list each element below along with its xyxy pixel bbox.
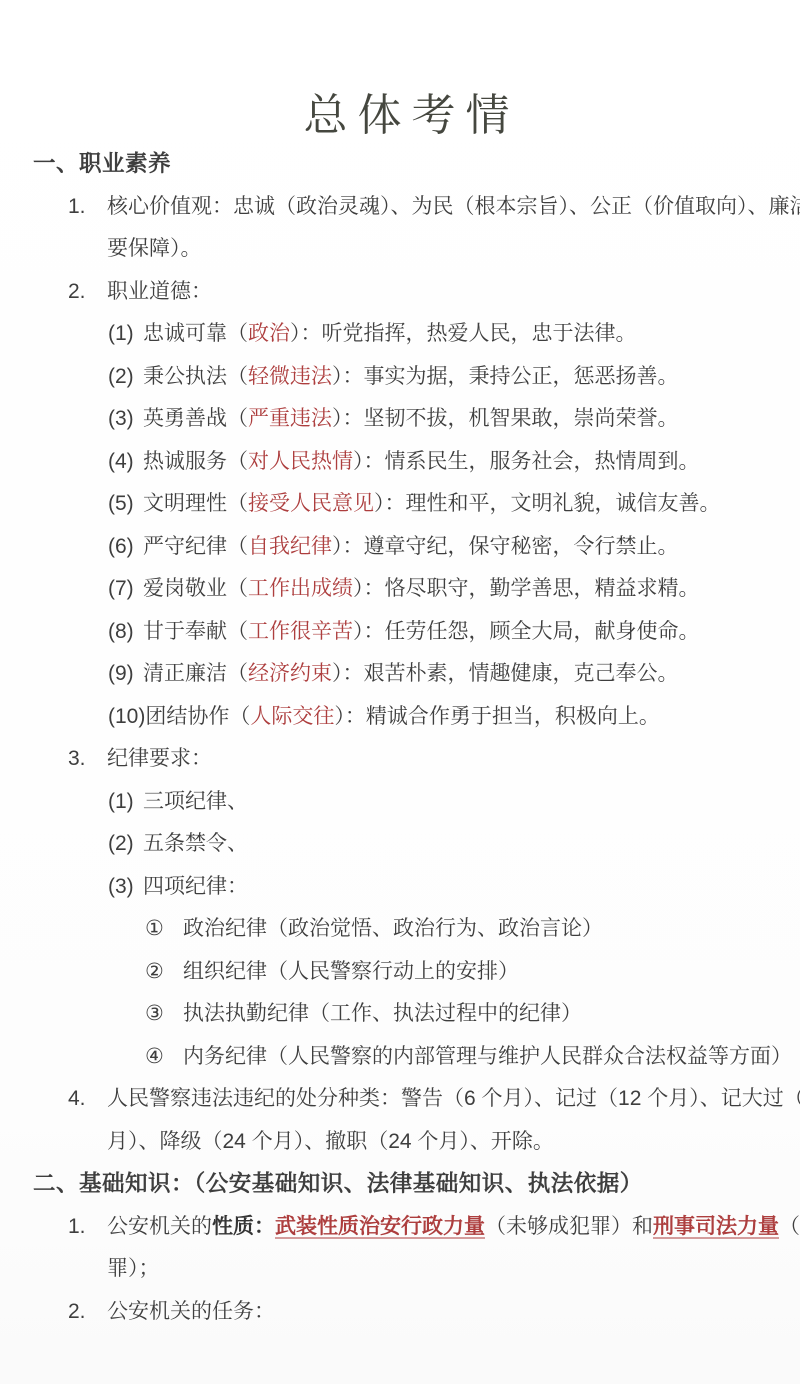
item-marker: (1) <box>108 313 143 356</box>
text-segment: ）：遵章守纪，保守秘密，令行禁止。 <box>332 535 679 558</box>
item-marker: 3. <box>68 738 107 781</box>
item-marker: (2) <box>108 356 143 399</box>
list-item: 1.核心价值观：忠诚（政治灵魂）、为民（根本宗旨）、公正（价值取向）、廉洁（重 <box>33 186 780 229</box>
item-marker: 1. <box>68 186 107 229</box>
item-marker: (4) <box>108 441 143 484</box>
text-segment: ）：坚韧不拔，机智果敢，崇尚荣誉。 <box>332 407 679 430</box>
text-segment: 秉公执法（ <box>143 365 248 388</box>
document-page: 总体考情 一、职业素养1.核心价值观：忠诚（政治灵魂）、为民（根本宗旨）、公正（… <box>0 0 800 1384</box>
text-segment: ）：任劳任怨，顾全大局，献身使命。 <box>353 620 700 643</box>
list-item: 1.公安机关的性质：武装性质治安行政力量（未够成犯罪）和刑事司法力量（构成犯 <box>33 1206 780 1249</box>
text-segment: ）：理性和平，文明礼貌，诚信友善。 <box>374 492 721 515</box>
sub-list-item: (3)四项纪律： <box>33 866 780 909</box>
sub-list-item: (4)热诚服务（对人民热情）：情系民生，服务社会，热情周到。 <box>33 441 780 484</box>
item-marker: (2) <box>108 823 143 866</box>
text-segment: 核心价值观：忠诚（政治灵魂）、为民（根本宗旨）、公正（价值取向）、廉洁（重 <box>107 195 800 218</box>
highlighted-term: 刑事司法力量 <box>653 1215 779 1238</box>
highlighted-term: 人际交往 <box>250 705 334 728</box>
item-marker: (3) <box>108 866 143 909</box>
text-segment: 英勇善战（ <box>143 407 248 430</box>
text-segment: ）：精诚合作勇于担当，积极向上。 <box>334 705 660 728</box>
list-item-continuation: 要保障）。 <box>33 228 780 271</box>
item-marker: ④ <box>145 1036 183 1079</box>
text-segment: ）：艰苦朴素，情趣健康，克己奉公。 <box>332 662 679 685</box>
sub-list-item: (6)严守纪律（自我纪律）：遵章守纪，保守秘密，令行禁止。 <box>33 526 780 569</box>
text-segment: 职业道德： <box>107 280 212 303</box>
item-marker: (6) <box>108 526 143 569</box>
sub-list-item: (7)爱岗敬业（工作出成绩）：恪尽职守，勤学善思，精益求精。 <box>33 568 780 611</box>
item-marker: 2. <box>68 271 107 314</box>
circled-list-item: ②组织纪律（人民警察行动上的安排） <box>33 951 780 994</box>
highlighted-term: 对人民热情 <box>248 450 353 473</box>
text-segment: （构成犯 <box>779 1215 800 1238</box>
sub-list-item: (2)五条禁令、 <box>33 823 780 866</box>
text-segment: 人民警察违法违纪的处分种类：警告（6 个月）、记过（12 个月）、记大过（18 … <box>107 1087 800 1110</box>
text-segment: 内务纪律（人民警察的内部管理与维护人民群众合法权益等方面） <box>183 1045 792 1068</box>
item-marker: (9) <box>108 653 143 696</box>
highlighted-term: 工作出成绩 <box>248 577 353 600</box>
text-segment: 文明理性（ <box>143 492 248 515</box>
text-segment: 组织纪律（人民警察行动上的安排） <box>183 960 519 983</box>
text-segment: 一、职业素养 <box>33 151 171 176</box>
item-marker: ② <box>145 951 183 994</box>
text-segment: 严守纪律（ <box>143 535 248 558</box>
text-segment: ）：情系民生，服务社会，热情周到。 <box>353 450 700 473</box>
text-segment: 团结协作（ <box>145 705 250 728</box>
page-title: 总体考情 <box>33 0 780 143</box>
item-marker: (5) <box>108 483 143 526</box>
text-segment: 纪律要求： <box>107 747 212 770</box>
item-marker: (7) <box>108 568 143 611</box>
highlighted-term: 严重违法 <box>248 407 332 430</box>
highlighted-term: 经济约束 <box>248 662 332 685</box>
text-segment: 爱岗敬业（ <box>143 577 248 600</box>
list-item-continuation: 月）、降级（24 个月）、撤职（24 个月）、开除。 <box>33 1121 780 1164</box>
text-segment: （未够成犯罪）和 <box>485 1215 653 1238</box>
circled-list-item: ④内务纪律（人民警察的内部管理与维护人民群众合法权益等方面） <box>33 1036 780 1079</box>
list-item: 2.职业道德： <box>33 271 780 314</box>
text-segment: ）：恪尽职守，勤学善思，精益求精。 <box>353 577 700 600</box>
text-segment: 四项纪律： <box>143 875 248 898</box>
section-heading: 一、职业素养 <box>33 143 780 186</box>
list-item: 2.公安机关的任务： <box>33 1291 780 1334</box>
highlighted-term: 轻微违法 <box>248 365 332 388</box>
sub-list-item: (5)文明理性（接受人民意见）：理性和平，文明礼貌，诚信友善。 <box>33 483 780 526</box>
highlighted-term: 武装性质治安行政力量 <box>275 1215 485 1238</box>
item-marker: ① <box>145 908 183 951</box>
list-item-continuation: 罪）； <box>33 1248 780 1291</box>
text-segment: 公安机关的任务： <box>107 1300 275 1323</box>
circled-list-item: ①政治纪律（政治觉悟、政治行为、政治言论） <box>33 908 780 951</box>
sub-list-item: (1)忠诚可靠（政治）：听党指挥，热爱人民，忠于法律。 <box>33 313 780 356</box>
text-segment: 月）、降级（24 个月）、撤职（24 个月）、开除。 <box>107 1130 554 1153</box>
text-segment: ）：听党指挥，热爱人民，忠于法律。 <box>290 322 637 345</box>
highlighted-term: 政治 <box>248 322 290 345</box>
item-marker: (8) <box>108 611 143 654</box>
sub-list-item: (1)三项纪律、 <box>33 781 780 824</box>
highlighted-term: 自我纪律 <box>248 535 332 558</box>
text-segment: 罪）； <box>107 1257 160 1280</box>
sub-list-item: (3)英勇善战（严重违法）：坚韧不拔，机智果敢，崇尚荣誉。 <box>33 398 780 441</box>
document-body: 一、职业素养1.核心价值观：忠诚（政治灵魂）、为民（根本宗旨）、公正（价值取向）… <box>33 143 780 1333</box>
sub-list-item: (8)甘于奉献（工作很辛苦）：任劳任怨，顾全大局，献身使命。 <box>33 611 780 654</box>
item-marker: 1. <box>68 1206 107 1249</box>
text-segment: 执法执勤纪律（工作、执法过程中的纪律） <box>183 1002 582 1025</box>
text-segment: 五条禁令、 <box>143 832 248 855</box>
item-marker: (1) <box>108 781 143 824</box>
text-segment: 甘于奉献（ <box>143 620 248 643</box>
highlighted-term: 接受人民意见 <box>248 492 374 515</box>
list-item: 3.纪律要求： <box>33 738 780 781</box>
item-marker: ③ <box>145 993 183 1036</box>
highlighted-term: 工作很辛苦 <box>248 620 353 643</box>
text-segment: 三项纪律、 <box>143 790 248 813</box>
sub-list-item: (10)团结协作（人际交往）：精诚合作勇于担当，积极向上。 <box>33 696 780 739</box>
item-marker: (3) <box>108 398 143 441</box>
text-segment: 清正廉洁（ <box>143 662 248 685</box>
item-marker: 4. <box>68 1078 107 1121</box>
sub-list-item: (9)清正廉洁（经济约束）：艰苦朴素，情趣健康，克己奉公。 <box>33 653 780 696</box>
text-segment: 忠诚可靠（ <box>143 322 248 345</box>
section-heading: 二、基础知识：（公安基础知识、法律基础知识、执法依据） <box>33 1163 780 1206</box>
text-segment: 热诚服务（ <box>143 450 248 473</box>
sub-list-item: (2)秉公执法（轻微违法）：事实为据，秉持公正，惩恶扬善。 <box>33 356 780 399</box>
text-segment: 性质： <box>212 1215 275 1238</box>
item-marker: 2. <box>68 1291 107 1334</box>
circled-list-item: ③执法执勤纪律（工作、执法过程中的纪律） <box>33 993 780 1036</box>
item-marker: (10) <box>108 696 145 739</box>
text-segment: ）：事实为据，秉持公正，惩恶扬善。 <box>332 365 679 388</box>
text-segment: 政治纪律（政治觉悟、政治行为、政治言论） <box>183 917 603 940</box>
list-item: 4.人民警察违法违纪的处分种类：警告（6 个月）、记过（12 个月）、记大过（1… <box>33 1078 780 1121</box>
text-segment: 公安机关的 <box>107 1215 212 1238</box>
text-segment: 要保障）。 <box>107 237 202 260</box>
text-segment: 二、基础知识：（公安基础知识、法律基础知识、执法依据） <box>33 1171 643 1196</box>
